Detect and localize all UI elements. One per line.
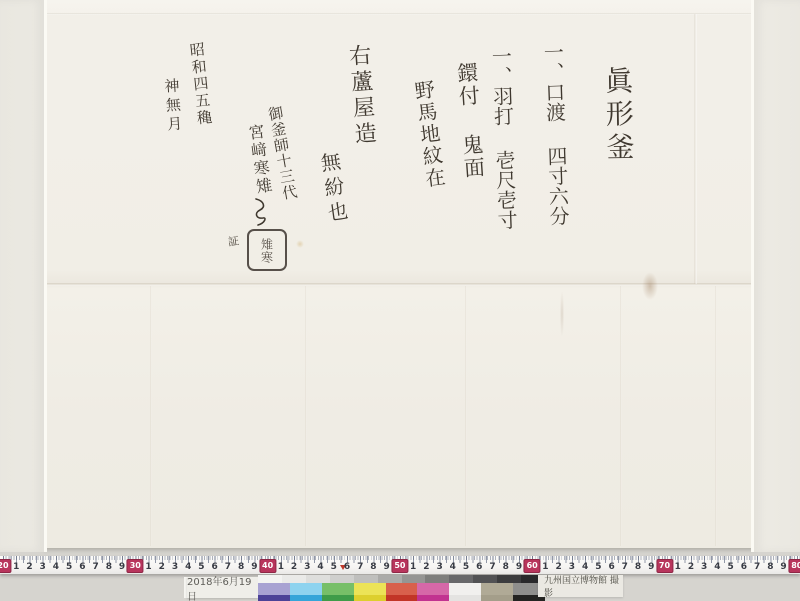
ruler-number: 7 xyxy=(489,562,495,572)
color-patch-dark xyxy=(449,595,481,601)
line-migi-ashiya-zukuri: 右蘆屋造 xyxy=(346,43,375,148)
ruler-number: 5 xyxy=(331,562,337,572)
grayscale-step xyxy=(473,575,497,583)
line-kantsuki-onimen: 鐶付 鬼面 xyxy=(455,61,484,180)
ruler-number: 1 xyxy=(410,562,416,572)
color-patch-light xyxy=(417,583,449,595)
date-kannazuki: 神無月 xyxy=(163,77,182,135)
ruler-number: 8 xyxy=(106,562,112,572)
photo-date-label: 2018年6月19日 xyxy=(187,577,258,598)
ruler-number: 8 xyxy=(238,562,244,572)
ruler-number: 6 xyxy=(741,562,747,572)
color-patch-dark xyxy=(290,595,322,601)
line-noma-jimon: 野馬地紋在 xyxy=(412,79,445,191)
ruler-number: 2 xyxy=(423,562,429,572)
ruler-number: 5 xyxy=(463,562,469,572)
title-shingata-kama: 眞形釜 xyxy=(603,66,633,165)
ruler-number: 4 xyxy=(450,562,456,572)
measuring-tape-ruler: 2012345678930123456789401234567895012345… xyxy=(0,556,800,574)
ruler-number: 3 xyxy=(569,562,575,572)
museum-credit-label: 九州国立博物館 撮影 xyxy=(538,575,623,597)
seal-char-right: 寒 xyxy=(259,251,276,263)
color-patch-dark xyxy=(386,595,418,601)
color-patch-cyan xyxy=(290,583,322,601)
color-patch-violet xyxy=(258,583,290,601)
ruler-number: 9 xyxy=(251,562,257,572)
ruler-number: 8 xyxy=(370,562,376,572)
ruler-number: 3 xyxy=(40,562,46,572)
grayscale-step xyxy=(306,575,330,583)
ruler-number: 1 xyxy=(542,562,548,572)
ruler-number: 6 xyxy=(212,562,218,572)
ruler-number: 6 xyxy=(344,562,350,572)
ruler-number: 9 xyxy=(384,562,390,572)
ruler-number: 4 xyxy=(582,562,588,572)
color-patch-light xyxy=(481,583,513,595)
color-patch-dark xyxy=(354,595,386,601)
ruler-number: 2 xyxy=(556,562,562,572)
ruler-number-40: 40 xyxy=(259,559,276,573)
ruler-number: 8 xyxy=(635,562,641,572)
grayscale-step xyxy=(282,575,306,583)
color-patch-khaki xyxy=(481,583,513,601)
ruler-number: 5 xyxy=(198,562,204,572)
photo-date-text: 2018年6月19日 xyxy=(187,573,258,601)
museum-credit-text: 九州国立博物館 撮影 xyxy=(544,573,623,599)
ruler-number: 5 xyxy=(728,562,734,572)
ruler-number: 4 xyxy=(714,562,720,572)
ruler-number-50: 50 xyxy=(391,559,408,573)
ruler-number: 4 xyxy=(317,562,323,572)
color-patch-light xyxy=(449,583,481,595)
ruler-number: 3 xyxy=(304,562,310,572)
signature-miyazaki-kanchi: 宮﨑寒雉 xyxy=(246,123,272,197)
ruler-number: 4 xyxy=(53,562,59,572)
grayscale-step xyxy=(378,575,402,583)
color-patch-light xyxy=(322,583,354,595)
color-calibration-patches xyxy=(258,583,545,601)
ruler-number: 7 xyxy=(225,562,231,572)
color-patch-light xyxy=(354,583,386,595)
ruler-number: 8 xyxy=(503,562,509,572)
color-patch-white xyxy=(449,583,481,601)
color-patch-dark xyxy=(417,595,449,601)
ruler-number: 1 xyxy=(675,562,681,572)
ruler-number: 9 xyxy=(516,562,522,572)
color-patch-dark xyxy=(481,595,513,601)
grayscale-step xyxy=(497,575,521,583)
grayscale-calibration-strip xyxy=(258,575,545,583)
ruler-number: 2 xyxy=(688,562,694,572)
grayscale-step xyxy=(354,575,378,583)
ruler-number: 7 xyxy=(622,562,628,572)
color-patch-yellow xyxy=(354,583,386,601)
ruler-number: 7 xyxy=(754,562,760,572)
grayscale-step xyxy=(402,575,426,583)
kao-monogram xyxy=(252,197,270,227)
museum-photo-stage: 眞形釜一、口渡 四寸六分一、羽打 壱尺壱寸鐶付 鬼面野馬地紋在右蘆屋造無紛也御釜… xyxy=(0,0,800,601)
grayscale-step xyxy=(425,575,449,583)
ruler-number-60: 60 xyxy=(524,559,541,573)
ruler-number: 1 xyxy=(278,562,284,572)
ruler-number: 9 xyxy=(780,562,786,572)
grayscale-step xyxy=(258,575,282,583)
ruler-number: 8 xyxy=(767,562,773,572)
ruler-number: 4 xyxy=(185,562,191,572)
color-patch-light xyxy=(258,583,290,595)
color-patch-red xyxy=(386,583,418,601)
ruler-number-30: 30 xyxy=(127,559,144,573)
ruler-number-70: 70 xyxy=(656,559,673,573)
color-patch-light xyxy=(290,583,322,595)
grayscale-step xyxy=(449,575,473,583)
line-hauchi: 一、羽打 壱尺壱寸 xyxy=(490,46,516,231)
ruler-number: 2 xyxy=(159,562,165,572)
ruler-number-80: 80 xyxy=(788,559,800,573)
color-patch-magenta xyxy=(417,583,449,601)
ruler-number: 5 xyxy=(595,562,601,572)
ruler-number: 2 xyxy=(291,562,297,572)
ruler-number: 3 xyxy=(172,562,178,572)
ruler-number: 1 xyxy=(13,562,19,572)
ruler-number: 3 xyxy=(701,562,707,572)
line-mufun-nari: 無紛也 xyxy=(318,151,348,228)
kanchi-seal: 寒 雉 xyxy=(247,229,287,271)
color-patch-dark xyxy=(258,595,290,601)
seal-char-left: 雉 xyxy=(259,238,276,250)
ruler-number: 1 xyxy=(145,562,151,572)
color-patch-dark xyxy=(322,595,354,601)
ruler-number: 6 xyxy=(476,562,482,572)
seal-side-mark: 証 xyxy=(227,232,240,249)
line-kuchiwatashi: 一、口渡 四寸六分 xyxy=(542,42,568,227)
ruler-number: 6 xyxy=(608,562,614,572)
calligraphy-layer: 眞形釜一、口渡 四寸六分一、羽打 壱尺壱寸鐶付 鬼面野馬地紋在右蘆屋造無紛也御釜… xyxy=(0,0,800,601)
color-patch-light xyxy=(386,583,418,595)
ruler-number: 9 xyxy=(648,562,654,572)
ruler-number-20: 20 xyxy=(0,559,12,573)
grayscale-step xyxy=(330,575,354,583)
ruler-number: 3 xyxy=(436,562,442,572)
ruler-number: 9 xyxy=(119,562,125,572)
ruler-number: 2 xyxy=(26,562,32,572)
ruler-number: 6 xyxy=(79,562,85,572)
ruler-number: 5 xyxy=(66,562,72,572)
ruler-number: 7 xyxy=(357,562,363,572)
ruler-number: 7 xyxy=(92,562,98,572)
date-showa-45-aki: 昭和四五穐 xyxy=(188,41,212,127)
color-patch-green xyxy=(322,583,354,601)
